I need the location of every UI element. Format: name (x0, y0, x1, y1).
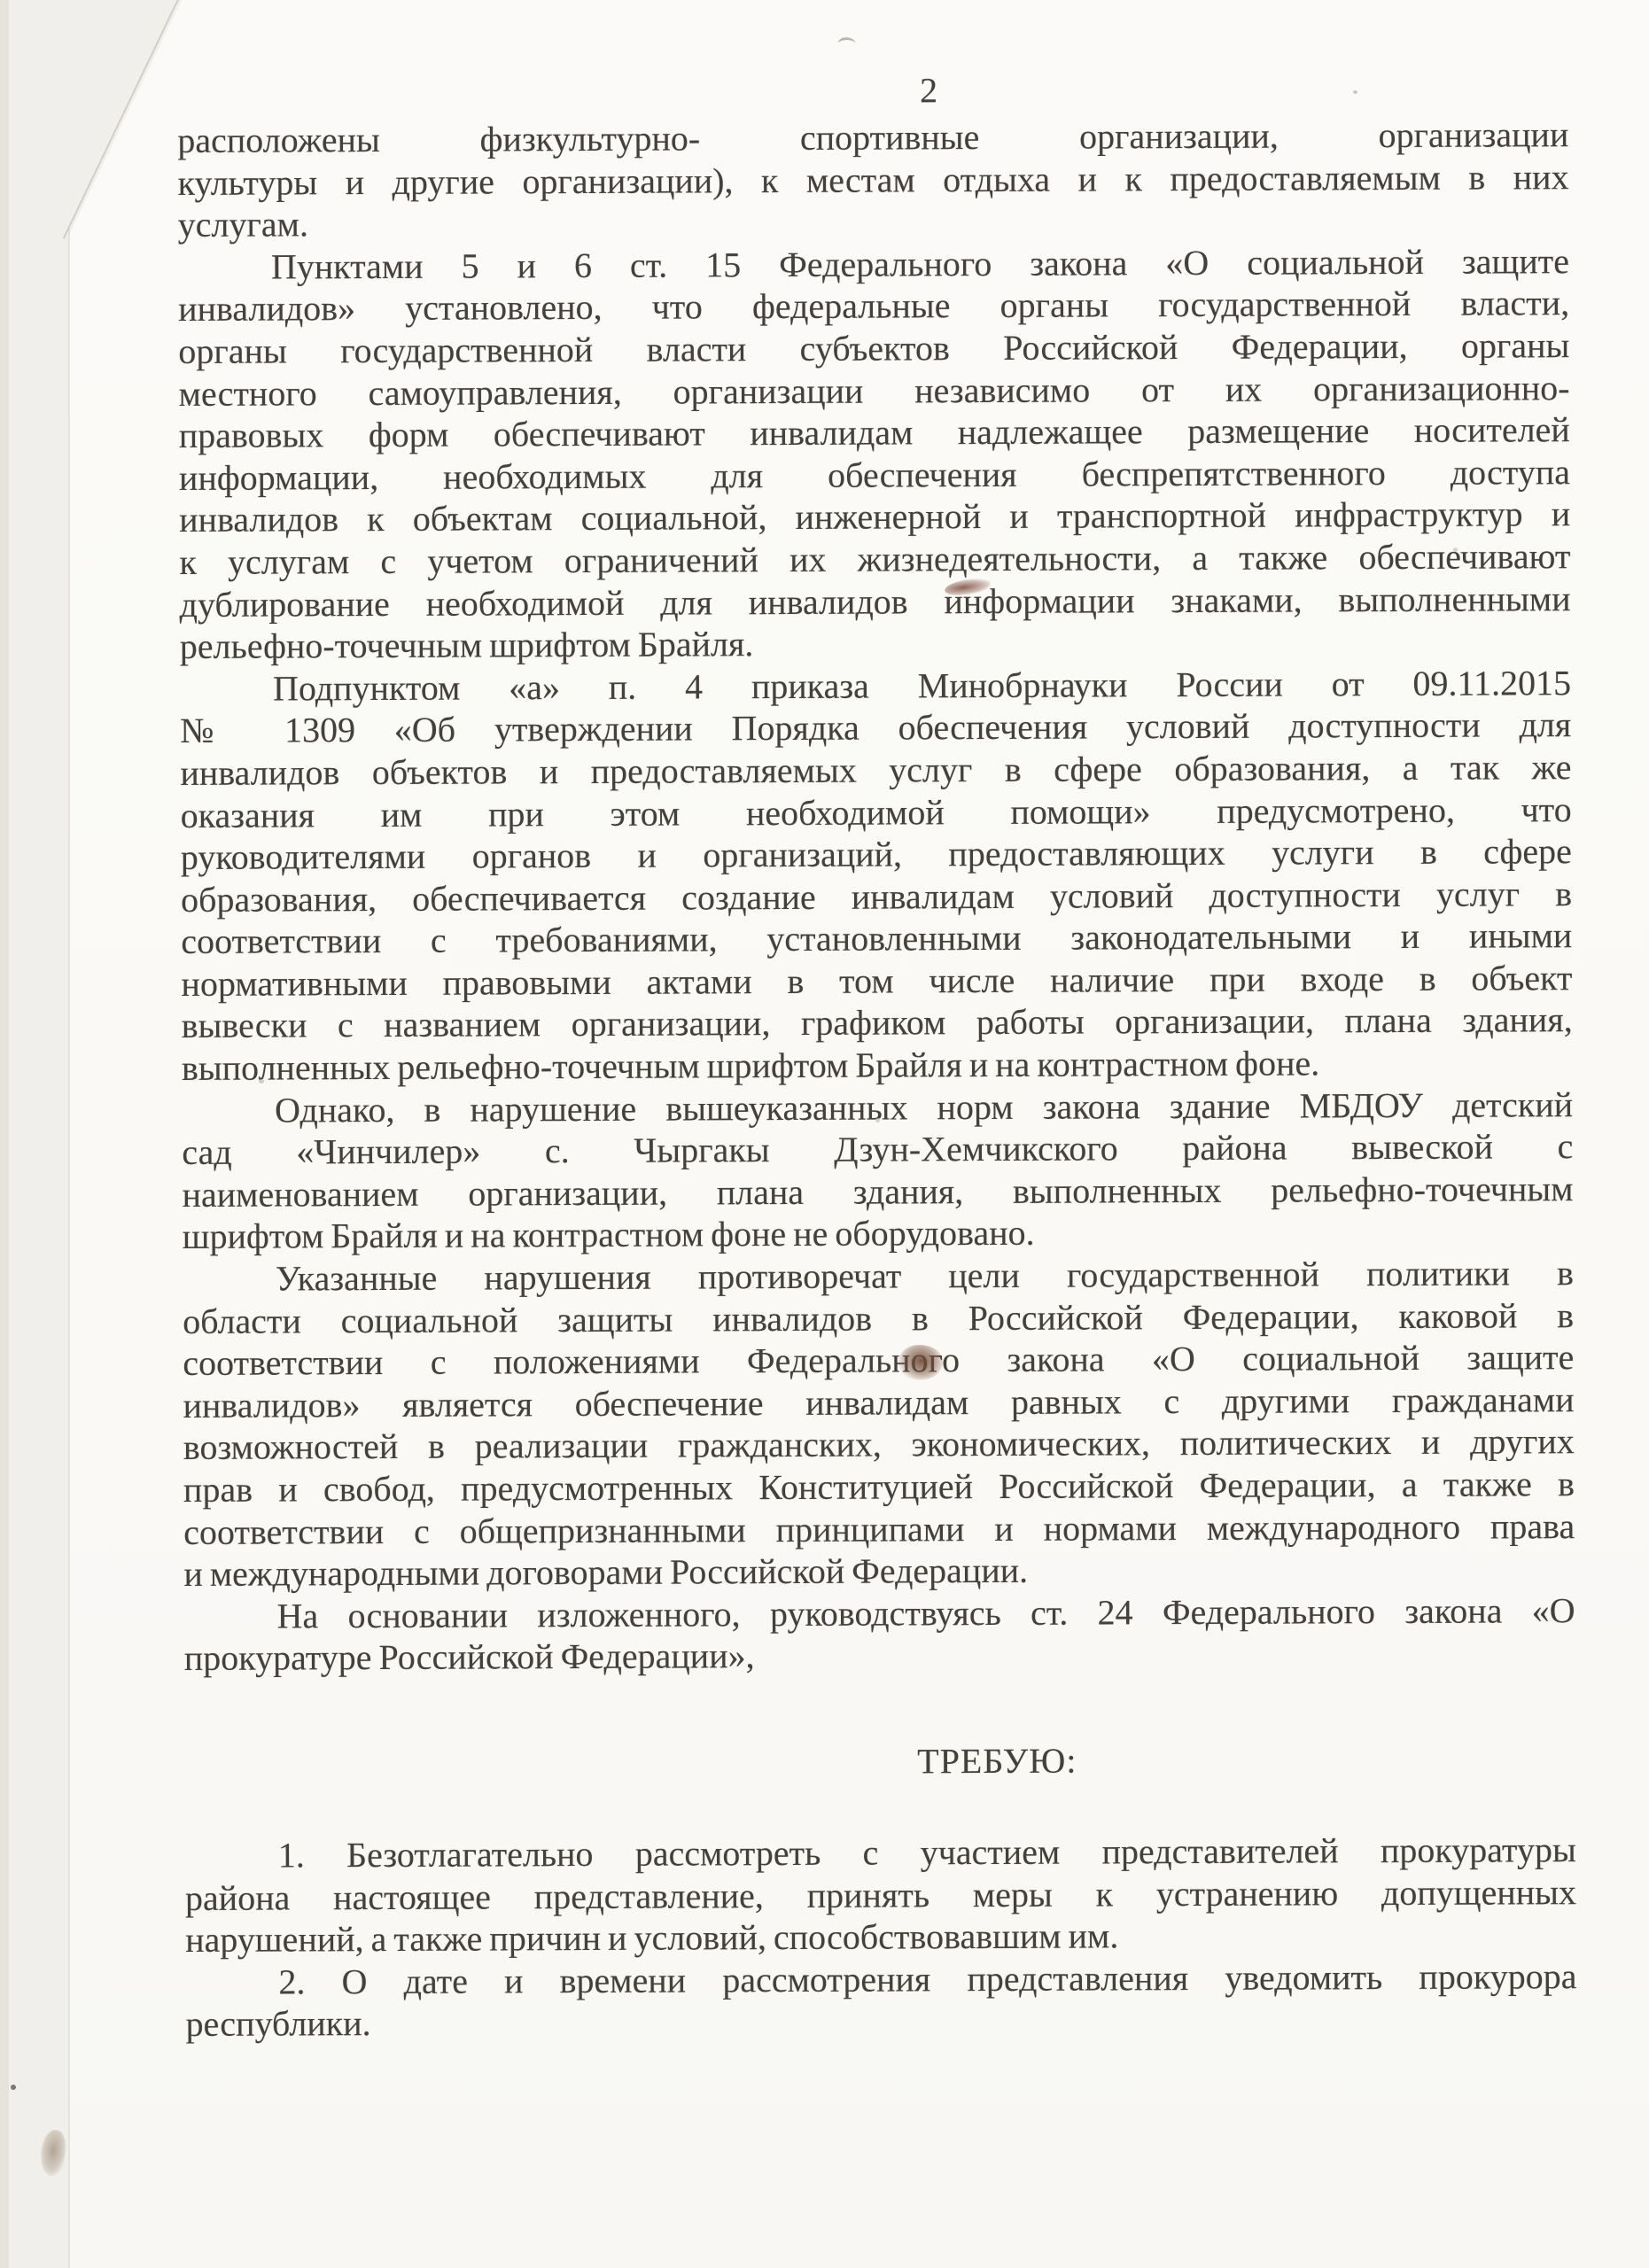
text-line: области социальной защиты инвалидов в Ро… (183, 1294, 1574, 1342)
text-line: соответствии с положениями Федерального … (183, 1336, 1574, 1384)
text-line: Указанные нарушения противоречат цели го… (183, 1252, 1574, 1300)
text-line: рельефно-точечным шрифтом Брайля. (180, 619, 1571, 667)
paragraph: Однако, в нарушение вышеуказанных норм з… (182, 1084, 1574, 1258)
text-line: руководителями органов и организаций, пр… (181, 830, 1572, 878)
paragraph: Подпунктом «а» п. 4 приказа Минобрнауки … (180, 662, 1573, 1090)
text-line: местного самоуправления, организации нез… (178, 367, 1569, 415)
text-line: дублирование необходимой для инвалидов и… (180, 578, 1571, 625)
scanned-document-page: 2расположены физкультурно- спортивные ор… (0, 0, 1649, 2268)
paragraph: расположены физкультурно- спортивные орг… (177, 113, 1569, 246)
text-line: и международными договорами Российской Ф… (183, 1547, 1575, 1595)
text-line: информации, необходимых для обеспечения … (179, 451, 1570, 499)
text-line: возможностей в реализации гражданских, э… (183, 1421, 1575, 1469)
text-line: инвалидов объектов и предоставляемых усл… (180, 746, 1571, 794)
paragraph: На основании изложенного, руководствуясь… (183, 1589, 1575, 1680)
scan-speck (837, 36, 856, 51)
page-fold-edge-line (68, 229, 70, 2268)
scan-speck (11, 2085, 16, 2090)
paragraph: Пунктами 5 и 6 ст. 15 Федерального закон… (178, 240, 1571, 668)
text-line: Пунктами 5 и 6 ст. 15 Федерального закон… (178, 240, 1569, 288)
text-line: соответствии с общепризнанными принципам… (183, 1505, 1575, 1553)
paragraph: Указанные нарушения противоречат цели го… (183, 1252, 1575, 1596)
text-line: Однако, в нарушение вышеуказанных норм з… (182, 1084, 1573, 1131)
text-line: прокуратуре Российской Федерации», (184, 1632, 1575, 1680)
text-line: нарушений, а также причин и условий, спо… (185, 1913, 1576, 1961)
scan-left-edge-shadow (0, 0, 9, 2268)
text-line: нормативными правовыми актами в том числ… (181, 957, 1572, 1005)
document-content: 2расположены физкультурно- спортивные ор… (177, 66, 1577, 2046)
text-line: оказания им при этом необходимой помощи»… (181, 788, 1572, 836)
text-line: сад «Чинчилер» с. Чыргакы Дзун-Хемчикско… (182, 1125, 1573, 1173)
page-number: 2 (177, 66, 1568, 115)
text-line: инвалидов» установлено, что федеральные … (178, 283, 1569, 330)
text-line: органы государственной власти субъектов … (178, 324, 1569, 372)
paper-stain (38, 2128, 69, 2177)
text-line: правовых форм обеспечивают инвалидам над… (179, 408, 1570, 456)
text-line: На основании изложенного, руководствуясь… (183, 1589, 1575, 1637)
text-line: прав и свобод, предусмотренных Конституц… (183, 1463, 1575, 1511)
page-fold-shadow (0, 0, 204, 2268)
text-line: шрифтом Брайля и на контрастном фоне не … (183, 1210, 1574, 1258)
text-line: инвалидов к объектам социальной, инженер… (179, 493, 1570, 540)
text-line: вывески с названием организации, графико… (182, 999, 1573, 1047)
text-line: Подпунктом «а» п. 4 приказа Минобрнауки … (180, 662, 1571, 710)
text-line: к услугам с учетом ограничений их жизнед… (179, 535, 1570, 583)
text-line: 1. Безотлагательно рассмотреть с участие… (185, 1829, 1576, 1876)
page-fold-crease-line (63, 0, 180, 239)
paragraph: 1. Безотлагательно рассмотреть с участие… (185, 1829, 1577, 1961)
text-line: 2. О дате и времени рассмотрения предста… (185, 1955, 1576, 2003)
text-line: района настоящее представление, принять … (185, 1871, 1576, 1919)
text-line: республики. (186, 1997, 1577, 2045)
text-line: культуры и другие организации), к местам… (177, 156, 1568, 204)
text-line: расположены физкультурно- спортивные орг… (177, 113, 1568, 161)
text-line: № 1309 «Об утверждении Порядка обеспечен… (180, 703, 1571, 751)
text-line: услугам. (178, 198, 1569, 245)
text-line: образования, обеспечивается создание инв… (181, 873, 1572, 920)
text-line: соответствии с требованиями, установленн… (181, 914, 1572, 962)
text-line: выполненных рельефно-точечным шрифтом Бр… (182, 1041, 1573, 1089)
section-heading: ТРЕБУЮ: (184, 1737, 1575, 1786)
text-line: наименованием организации, плана здания,… (182, 1168, 1573, 1216)
paragraph: 2. О дате и времени рассмотрения предста… (185, 1955, 1576, 2046)
text-line: инвалидов» является обеспечение инвалида… (183, 1379, 1574, 1426)
